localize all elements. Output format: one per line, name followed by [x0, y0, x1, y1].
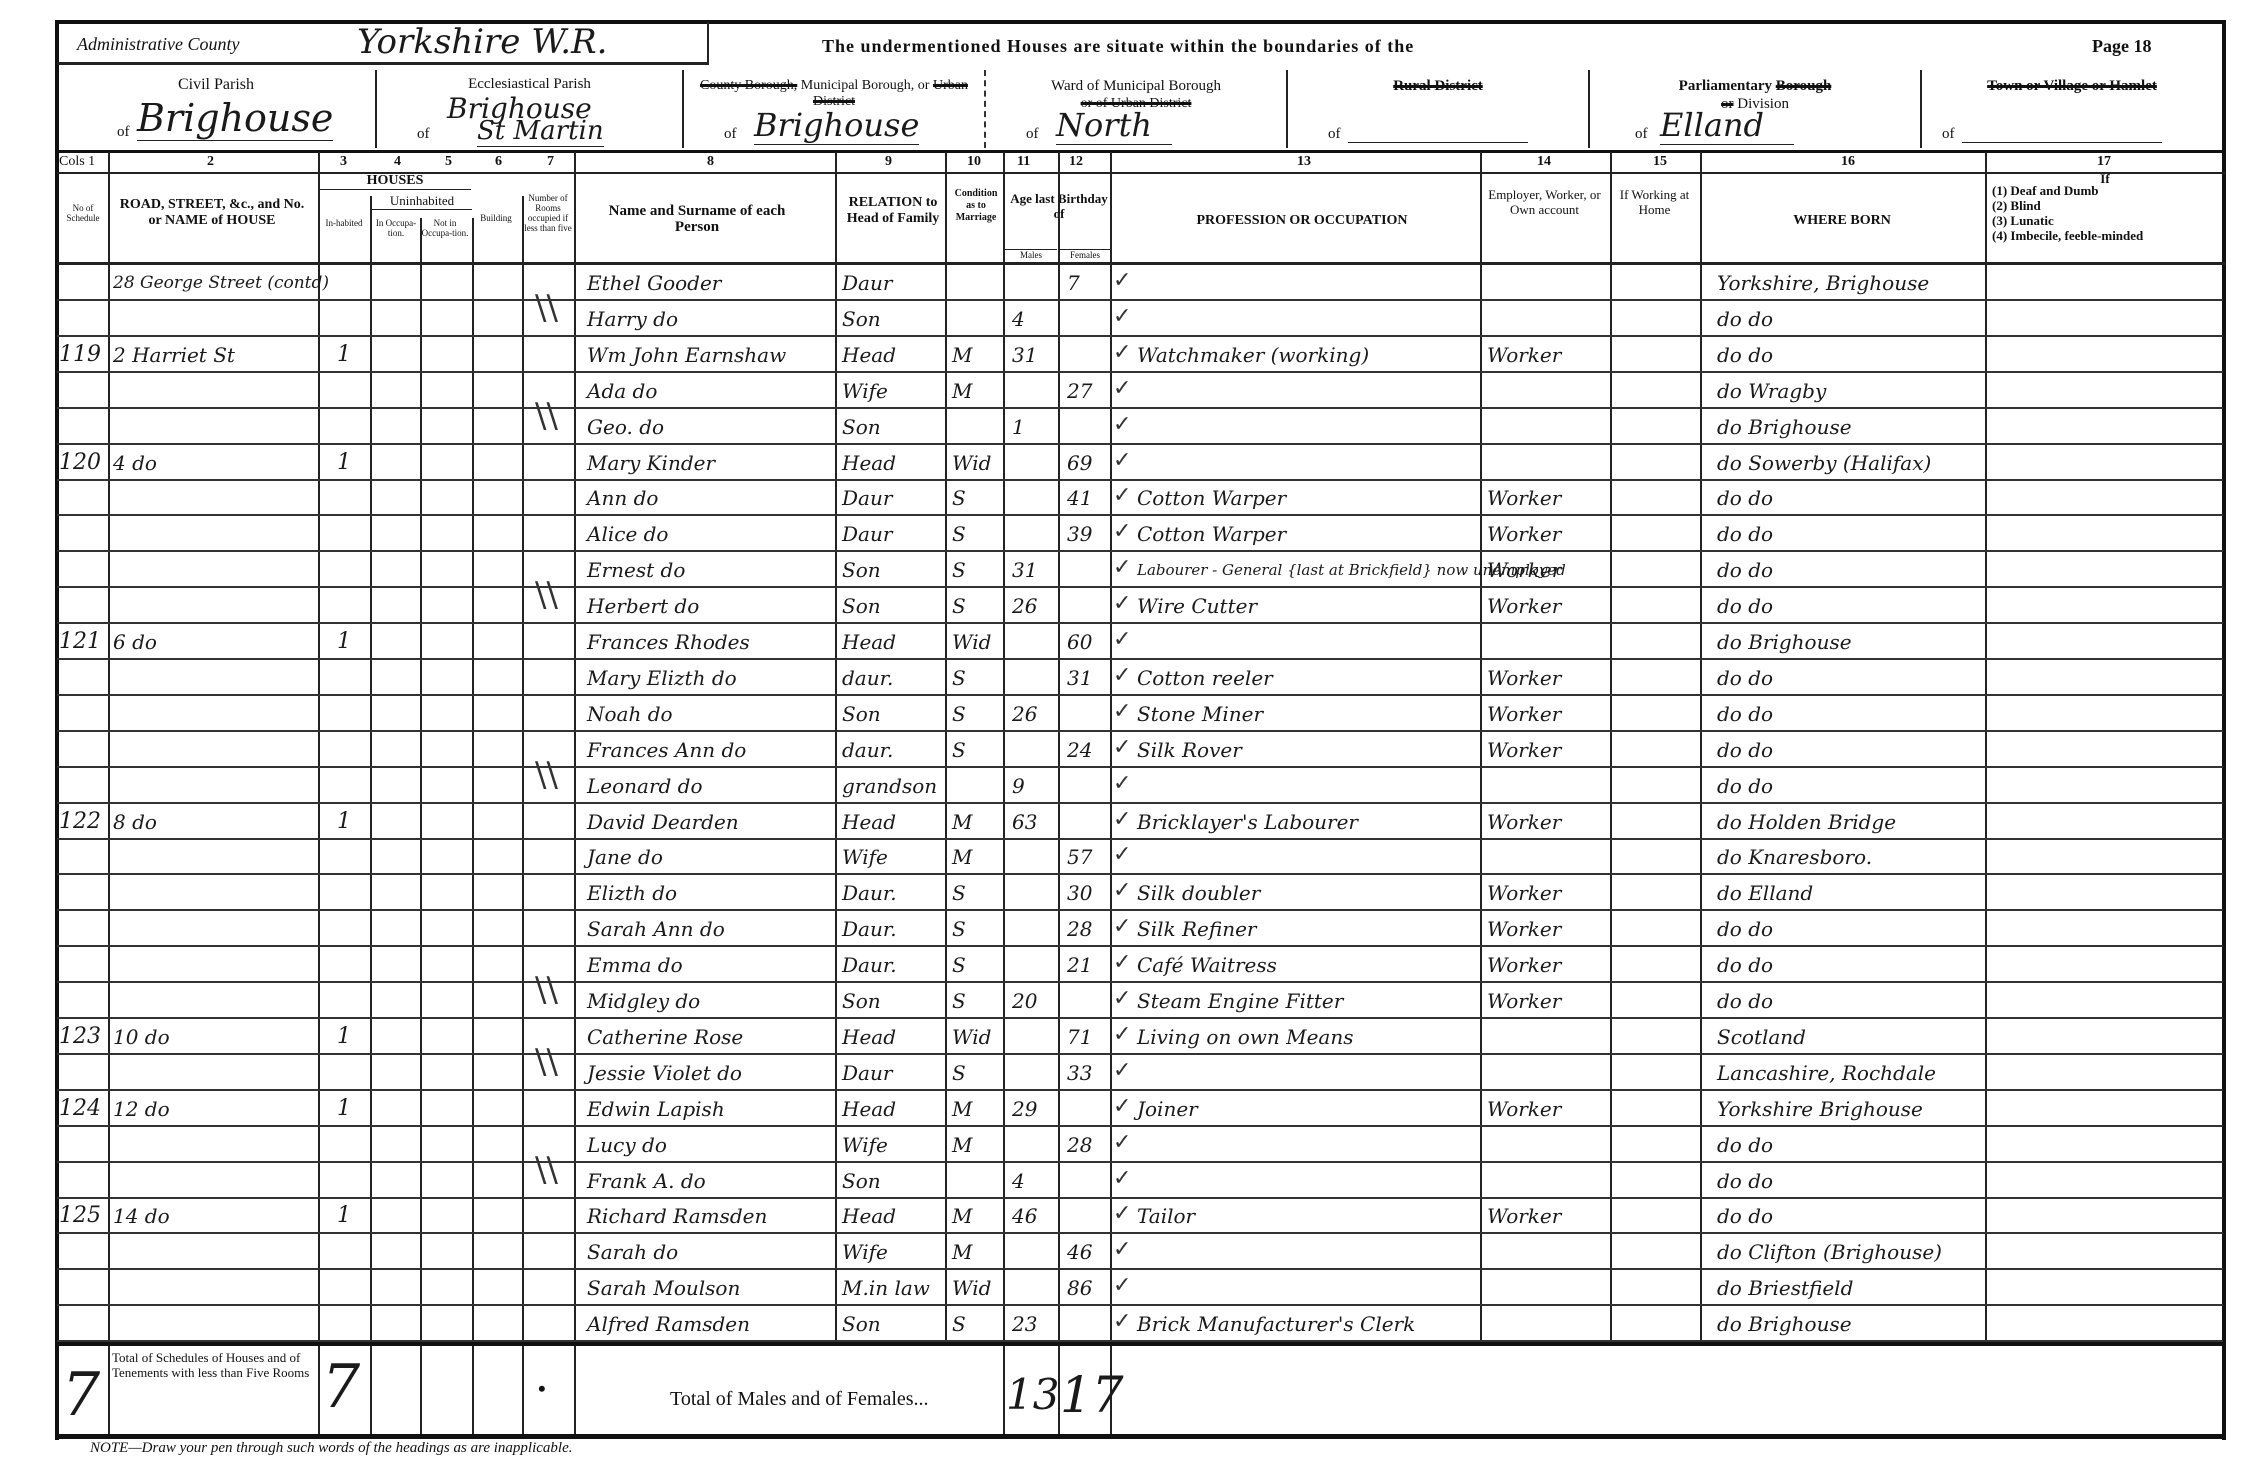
schedule-no: 122	[59, 803, 101, 838]
birthplace: do do	[1717, 1126, 1773, 1161]
birthplace: Yorkshire, Brighouse	[1717, 264, 1929, 299]
inhabited-count: 1	[337, 1090, 351, 1125]
header-infirmity-list: (1) Deaf and Dumb (2) Blind (3) Lunatic …	[1992, 183, 2222, 243]
relation: Head	[842, 1018, 896, 1053]
occupation: Silk Rover	[1137, 731, 1242, 766]
rural-district-blank	[1348, 142, 1528, 143]
census-row: Jessie Violet doDaurS33Lancashire, Rochd…	[57, 1054, 2223, 1091]
person-name: Sarah Moulson	[587, 1269, 740, 1304]
census-row: Sarah Ann doDaur.S28Silk RefinerWorkerdo…	[57, 910, 2223, 947]
person-name: Herbert do	[587, 587, 699, 622]
marital-condition: S	[952, 695, 966, 730]
infirmity-deaf: (1) Deaf and Dumb	[1992, 183, 2222, 198]
relation: Wife	[842, 1126, 888, 1161]
employment-status: Worker	[1487, 946, 1561, 981]
address: 10 do	[113, 1018, 170, 1053]
occupation: Wire Cutter	[1137, 587, 1257, 622]
marital-condition: Wid	[952, 1018, 991, 1053]
town-village-field: Town or Village or Hamlet of	[1922, 70, 2222, 148]
marital-condition: M	[952, 838, 972, 873]
col-num-17: 17	[2097, 154, 2111, 170]
census-row: Alice doDaurS39Cotton WarperWorkerdo do✓	[57, 515, 2223, 552]
person-name: Lucy do	[587, 1126, 667, 1161]
census-row: Jane doWifeM57do Knaresboro.✓	[57, 838, 2223, 875]
age-female: 27	[1067, 372, 1092, 407]
age-female: 57	[1067, 838, 1092, 873]
rooms-total: •	[538, 1376, 546, 1402]
address: 8 do	[113, 803, 157, 838]
rooms-separator-mark: \\	[535, 575, 558, 615]
ecclesiastical-parish-value-2: St Martin	[477, 116, 604, 147]
enumerator-check-icon: ✓	[1113, 1166, 1131, 1191]
person-name: Sarah do	[587, 1233, 678, 1268]
header-building: Building	[472, 213, 520, 223]
marital-condition: S	[952, 587, 966, 622]
col-num-14: 14	[1537, 154, 1551, 170]
address: 28 George Street (contd)	[113, 264, 329, 299]
relation: Son	[842, 695, 881, 730]
enumerator-check-icon: ✓	[1113, 878, 1131, 903]
column-numbers-row: Cols 1 2 3 4 5 6 7 8 9 10 11 12 13 14 15…	[57, 152, 2223, 172]
birthplace: do Sowerby (Halifax)	[1717, 444, 1931, 479]
census-row: 1228 do1David DeardenHeadM63Bricklayer's…	[57, 803, 2223, 840]
col-num-4: 4	[394, 154, 401, 170]
administrative-county-box: Administrative County Yorkshire W.R.	[57, 22, 709, 65]
females-total: 17	[1060, 1366, 1124, 1424]
address: 4 do	[113, 444, 157, 479]
census-row: Leonard dograndson9do do\\✓	[57, 767, 2223, 804]
inhabited-count: 1	[337, 444, 351, 479]
ward-label: Ward of Municipal Borough	[986, 78, 1286, 95]
person-name: Frances Rhodes	[587, 623, 750, 658]
relation: Son	[842, 982, 881, 1017]
relation: Daur.	[842, 874, 897, 909]
person-name: Midgley do	[587, 982, 700, 1017]
civil-parish-label: Civil Parish	[57, 76, 375, 94]
marital-condition: M	[952, 1126, 972, 1161]
inhabited-count: 1	[337, 623, 351, 658]
age-male: 9	[1012, 767, 1025, 802]
parliamentary-label: Parliamentary Borough	[1590, 78, 1920, 95]
address: 12 do	[113, 1090, 170, 1125]
county-borough-struck: County Borough,	[700, 78, 797, 93]
birthplace: do do	[1717, 479, 1773, 514]
inhabited-total: 7	[322, 1352, 360, 1422]
enumerator-check-icon: ✓	[1113, 448, 1131, 473]
employment-status: Worker	[1487, 1090, 1561, 1125]
age-female: 28	[1067, 910, 1092, 945]
employment-status: Worker	[1487, 731, 1561, 766]
col-num-15: 15	[1653, 154, 1667, 170]
birthplace: do Brighouse	[1717, 1305, 1852, 1340]
relation: Wife	[842, 372, 888, 407]
person-name: Noah do	[587, 695, 673, 730]
relation: Daur	[842, 264, 892, 299]
marital-condition: M	[952, 336, 972, 371]
parliamentary-field: Parliamentary Borough or Division of Ell…	[1590, 70, 1922, 148]
ward-field: Ward of Municipal Borough or of Urban Di…	[986, 70, 1288, 148]
birthplace: do do	[1717, 767, 1773, 802]
enumerator-check-icon: ✓	[1113, 842, 1131, 867]
marital-condition: S	[952, 874, 966, 909]
employment-status: Worker	[1487, 587, 1561, 622]
census-row: Noah doSonS26Stone MinerWorkerdo do✓	[57, 695, 2223, 732]
birthplace: Yorkshire Brighouse	[1717, 1090, 1923, 1125]
employment-status: Worker	[1487, 479, 1561, 514]
person-name: Emma do	[587, 946, 683, 981]
enumerator-check-icon: ✓	[1113, 663, 1131, 688]
ward-value: North	[1056, 106, 1172, 145]
relation: Head	[842, 1197, 896, 1232]
relation: Son	[842, 1305, 881, 1340]
age-male: 63	[1012, 803, 1037, 838]
enumerator-check-icon: ✓	[1113, 735, 1131, 760]
census-row: 12412 do1Edwin LapishHeadM29JoinerWorker…	[57, 1090, 2223, 1127]
col-num-8: 8	[707, 154, 714, 170]
census-row: Midgley doSonS20Steam Engine FitterWorke…	[57, 982, 2223, 1019]
col-num-10: 10	[967, 154, 981, 170]
person-name: Frances Ann do	[587, 731, 746, 766]
enumerator-check-icon: ✓	[1113, 1130, 1131, 1155]
rooms-separator-mark: \\	[535, 1150, 558, 1190]
census-row: 12514 do1Richard RamsdenHeadM46TailorWor…	[57, 1197, 2223, 1234]
age-female: 86	[1067, 1269, 1092, 1304]
header-road-street: ROAD, STREET, &c., and No. or NAME of HO…	[117, 197, 307, 229]
occupation: Tailor	[1137, 1197, 1195, 1232]
census-row: Herbert doSonS26Wire CutterWorkerdo do\\…	[57, 587, 2223, 624]
relation: grandson	[842, 767, 937, 802]
relation: Son	[842, 551, 881, 586]
schedule-no: 120	[59, 444, 101, 479]
relation: Head	[842, 623, 896, 658]
birthplace: Scotland	[1717, 1018, 1806, 1053]
column-headers: No of Schedule ROAD, STREET, &c., and No…	[57, 173, 2223, 261]
employment-status: Worker	[1487, 910, 1561, 945]
municipal-borough-value: Brighouse	[754, 106, 919, 145]
birthplace: do do	[1717, 982, 1773, 1017]
infirmity-blind: (2) Blind	[1992, 198, 2222, 213]
enumerator-check-icon: ✓	[1113, 591, 1131, 616]
birthplace: do Brighouse	[1717, 408, 1852, 443]
marital-condition: M	[952, 1197, 972, 1232]
enumerator-check-icon: ✓	[1113, 1309, 1131, 1334]
marital-condition: Wid	[952, 623, 991, 658]
age-male: 20	[1012, 982, 1037, 1017]
intro-text: The undermentioned Houses are situate wi…	[822, 36, 1414, 57]
col-num-7: 7	[547, 154, 554, 170]
ecclesiastical-parish-field: Ecclesiastical Parish of Brighouse St Ma…	[377, 70, 684, 148]
rural-district-prefix: of	[1328, 126, 1341, 143]
header-males: Males	[1005, 249, 1057, 260]
schedule-no: 121	[59, 623, 101, 658]
borough-struck: Borough	[1776, 78, 1832, 94]
schedule-no: 125	[59, 1197, 101, 1232]
occupation: Steam Engine Fitter	[1137, 982, 1343, 1017]
ecclesiastical-parish-prefix: of	[417, 126, 430, 143]
relation: Wife	[842, 838, 888, 873]
relation: Son	[842, 1162, 881, 1197]
person-name: Ethel Gooder	[587, 264, 721, 299]
census-row: Alfred RamsdenSonS23Brick Manufacturer's…	[57, 1305, 2223, 1342]
col-num-1: Cols 1	[59, 154, 95, 170]
census-row: Frances Ann dodaur.S24Silk RoverWorkerdo…	[57, 731, 2223, 768]
town-village-prefix: of	[1942, 126, 1955, 143]
census-row: Mary Elizth dodaur.S31Cotton reelerWorke…	[57, 659, 2223, 696]
person-name: Wm John Earnshaw	[587, 336, 786, 371]
relation: M.in law	[842, 1269, 930, 1304]
birthplace: do do	[1717, 300, 1773, 335]
person-name: Mary Kinder	[587, 444, 715, 479]
marital-condition: S	[952, 731, 966, 766]
ward-prefix: of	[1026, 126, 1039, 143]
age-female: 31	[1067, 659, 1092, 694]
enumerator-check-icon: ✓	[1113, 1058, 1131, 1083]
relation: Head	[842, 1090, 896, 1125]
header-females: Females	[1059, 249, 1111, 260]
marital-condition: M	[952, 372, 972, 407]
birthplace: do do	[1717, 659, 1773, 694]
employment-status: Worker	[1487, 982, 1561, 1017]
town-village-blank	[1962, 142, 2162, 143]
census-row: Frank A. doSon4do do\\✓	[57, 1162, 2223, 1199]
age-male: 4	[1012, 300, 1025, 335]
age-female: 7	[1067, 264, 1080, 299]
footer-note: NOTE—Draw your pen through such words of…	[90, 1440, 573, 1457]
rooms-separator-mark: \\	[535, 1042, 558, 1082]
enumerator-check-icon: ✓	[1113, 1273, 1131, 1298]
header-occupation: PROFESSION OR OCCUPATION	[1117, 213, 1487, 229]
census-row: 1204 do1Mary KinderHeadWid69do Sowerby (…	[57, 444, 2223, 481]
employment-status: Worker	[1487, 659, 1561, 694]
occupation: Brick Manufacturer's Clerk	[1137, 1305, 1415, 1340]
col-num-11: 11	[1017, 154, 1030, 170]
marital-condition: S	[952, 1305, 966, 1340]
employment-status: Worker	[1487, 1197, 1561, 1232]
relation: daur.	[842, 659, 893, 694]
relation: daur.	[842, 731, 893, 766]
birthplace: do Wragby	[1717, 372, 1826, 407]
census-row: 1192 Harriet St1Wm John EarnshawHeadM31W…	[57, 336, 2223, 373]
marital-condition: Wid	[952, 444, 991, 479]
marital-condition: S	[952, 982, 966, 1017]
age-female: 41	[1067, 479, 1092, 514]
enumerator-check-icon: ✓	[1113, 555, 1131, 580]
age-female: 60	[1067, 623, 1092, 658]
birthplace: do do	[1717, 1197, 1773, 1232]
birthplace: Lancashire, Rochdale	[1717, 1054, 1936, 1089]
col-num-2: 2	[207, 154, 214, 170]
census-row: Elizth doDaur.S30Silk doublerWorkerdo El…	[57, 874, 2223, 911]
parliamentary-prefix: of	[1635, 126, 1648, 143]
employment-status: Worker	[1487, 515, 1561, 550]
age-male: 23	[1012, 1305, 1037, 1340]
marital-condition: S	[952, 515, 966, 550]
rural-district-struck: Rural District	[1288, 78, 1588, 95]
age-female: 69	[1067, 444, 1092, 479]
relation: Wife	[842, 1233, 888, 1268]
person-name: Edwin Lapish	[587, 1090, 725, 1125]
civil-parish-prefix: of	[117, 124, 130, 141]
age-male: 31	[1012, 551, 1037, 586]
marital-condition: Wid	[952, 1269, 991, 1304]
marital-condition: M	[952, 1090, 972, 1125]
col-num-3: 3	[340, 154, 347, 170]
occupation: Joiner	[1137, 1090, 1198, 1125]
age-female: 28	[1067, 1126, 1092, 1161]
enumerator-check-icon: ✓	[1113, 376, 1131, 401]
marital-condition: M	[952, 803, 972, 838]
header-where-born: WHERE BORN	[1702, 213, 1982, 229]
relation: Daur	[842, 515, 892, 550]
occupation: Silk doubler	[1137, 874, 1260, 909]
census-row: Harry doSon4do do\\✓	[57, 300, 2223, 337]
relation: Son	[842, 408, 881, 443]
person-name: Frank A. do	[587, 1162, 706, 1197]
age-male: 31	[1012, 336, 1037, 371]
birthplace: do Elland	[1717, 874, 1813, 909]
birthplace: do do	[1717, 1162, 1773, 1197]
rooms-separator-mark: \\	[535, 755, 558, 795]
age-female: 30	[1067, 874, 1092, 909]
municipal-label: Municipal Borough, or	[801, 78, 930, 93]
occupation: Living on own Means	[1137, 1018, 1353, 1053]
males-total: 13	[1006, 1370, 1059, 1419]
census-row: 28 George Street (contd)Ethel GooderDaur…	[57, 264, 2223, 301]
age-male: 26	[1012, 695, 1037, 730]
address: 14 do	[113, 1197, 170, 1232]
person-name: Harry do	[587, 300, 678, 335]
schedules-total: 7	[62, 1360, 100, 1430]
enumerator-check-icon: ✓	[1113, 807, 1131, 832]
birthplace: do do	[1717, 695, 1773, 730]
census-row: Sarah MoulsonM.in lawWid86do Briestfield…	[57, 1269, 2223, 1306]
totals-divider	[57, 1342, 2225, 1346]
inhabited-count: 1	[337, 1197, 351, 1232]
person-name: Jane do	[587, 838, 663, 873]
marital-condition: S	[952, 659, 966, 694]
age-male: 4	[1012, 1162, 1025, 1197]
person-name: Richard Ramsden	[587, 1197, 767, 1232]
birthplace: do do	[1717, 946, 1773, 981]
occupation: Cotton reeler	[1137, 659, 1273, 694]
col-num-6: 6	[495, 154, 502, 170]
person-name: Catherine Rose	[587, 1018, 743, 1053]
enumerator-check-icon: ✓	[1113, 519, 1131, 544]
header-inhabited: In-habited	[319, 218, 369, 228]
person-name: Ernest do	[587, 551, 685, 586]
person-name: Jessie Violet do	[587, 1054, 742, 1089]
header-name: Name and Surname of each Person	[597, 203, 797, 235]
employment-status: Worker	[1487, 803, 1561, 838]
header-houses: HOUSES	[319, 173, 471, 190]
census-row: 1216 do1Frances RhodesHeadWid60do Brigho…	[57, 623, 2223, 660]
municipal-borough-field: County Borough, Municipal Borough, or Ur…	[684, 70, 986, 148]
page-number: Page 18	[2092, 36, 2151, 57]
enumerator-check-icon: ✓	[1113, 627, 1131, 652]
relation: Daur.	[842, 946, 897, 981]
enumerator-check-icon: ✓	[1113, 1201, 1131, 1226]
enumerator-check-icon: ✓	[1113, 1237, 1131, 1262]
census-row: Ann doDaurS41Cotton WarperWorkerdo do✓	[57, 479, 2223, 516]
schedules-total-label: Total of Schedules of Houses and of Tene…	[112, 1350, 312, 1380]
birthplace: do Knaresboro.	[1717, 838, 1872, 873]
marital-condition: S	[952, 551, 966, 586]
schedule-no: 124	[59, 1090, 101, 1125]
employment-status: Worker	[1487, 336, 1561, 371]
col-num-9: 9	[885, 154, 892, 170]
enumerator-check-icon: ✓	[1113, 412, 1131, 437]
occupation: Stone Miner	[1137, 695, 1263, 730]
relation: Son	[842, 587, 881, 622]
header-employer: Employer, Worker, or Own account	[1482, 187, 1607, 217]
col-num-5: 5	[445, 154, 452, 170]
schedule-no: 123	[59, 1018, 101, 1053]
header-relation: RELATION to Head of Family	[840, 195, 946, 227]
rooms-separator-mark: \\	[535, 970, 558, 1010]
person-name: Ann do	[587, 479, 658, 514]
birthplace: do Clifton (Brighouse)	[1717, 1233, 1942, 1268]
header-working-home: If Working at Home	[1612, 187, 1697, 217]
relation: Son	[842, 300, 881, 335]
person-name: Leonard do	[587, 767, 703, 802]
enumerator-check-icon: ✓	[1113, 986, 1131, 1011]
relation: Head	[842, 803, 896, 838]
employment-status: Worker	[1487, 695, 1561, 730]
administrative-county-value: Yorkshire W.R.	[347, 22, 617, 63]
age-male: 29	[1012, 1090, 1037, 1125]
birthplace: do do	[1717, 336, 1773, 371]
occupation: Cotton Warper	[1137, 479, 1286, 514]
age-female: 21	[1067, 946, 1092, 981]
schedule-no: 119	[59, 336, 101, 371]
header-in-occupation: In Occupa-tion.	[372, 218, 420, 238]
census-row: Geo. doSon1do Brighouse\\✓	[57, 408, 2223, 445]
header-not-in-occupation: Not in Occupa-tion.	[421, 218, 469, 238]
col-num-16: 16	[1841, 154, 1855, 170]
enumerator-check-icon: ✓	[1113, 268, 1131, 293]
birthplace: do do	[1717, 910, 1773, 945]
marital-condition: S	[952, 946, 966, 981]
rooms-separator-mark: \\	[535, 396, 558, 436]
town-village-struck: Town or Village or Hamlet	[1922, 78, 2222, 95]
civil-parish-value: Brighouse	[137, 96, 333, 141]
occupation: Watchmaker (working)	[1137, 336, 1369, 371]
person-name: Sarah Ann do	[587, 910, 725, 945]
header-rooms: Number of Rooms occupied if less than fi…	[523, 193, 573, 233]
enumerator-check-icon: ✓	[1113, 1094, 1131, 1119]
census-row: Ernest doSonS31Labourer - General {last …	[57, 551, 2223, 588]
relation: Head	[842, 444, 896, 479]
infirmity-imbecile: (4) Imbecile, feeble-minded	[1992, 228, 2222, 243]
rural-district-field: Rural District of	[1288, 70, 1590, 148]
age-female: 46	[1067, 1233, 1092, 1268]
marital-condition: S	[952, 1054, 966, 1089]
birthplace: do do	[1717, 551, 1773, 586]
inhabited-count: 1	[337, 336, 351, 371]
enumerator-check-icon: ✓	[1113, 1022, 1131, 1047]
person-name: Mary Elizth do	[587, 659, 737, 694]
col-num-12: 12	[1069, 154, 1083, 170]
birthplace: do do	[1717, 515, 1773, 550]
persons-total-label: Total of Males and of Females...	[670, 1388, 929, 1411]
parliamentary-value: Elland	[1660, 106, 1794, 145]
enumerator-check-icon: ✓	[1113, 483, 1131, 508]
occupation: Bricklayer's Labourer	[1137, 803, 1358, 838]
ecclesiastical-parish-label: Ecclesiastical Parish	[377, 76, 682, 93]
relation: Daur	[842, 1054, 892, 1089]
marital-condition: S	[952, 910, 966, 945]
enumerator-check-icon: ✓	[1113, 950, 1131, 975]
